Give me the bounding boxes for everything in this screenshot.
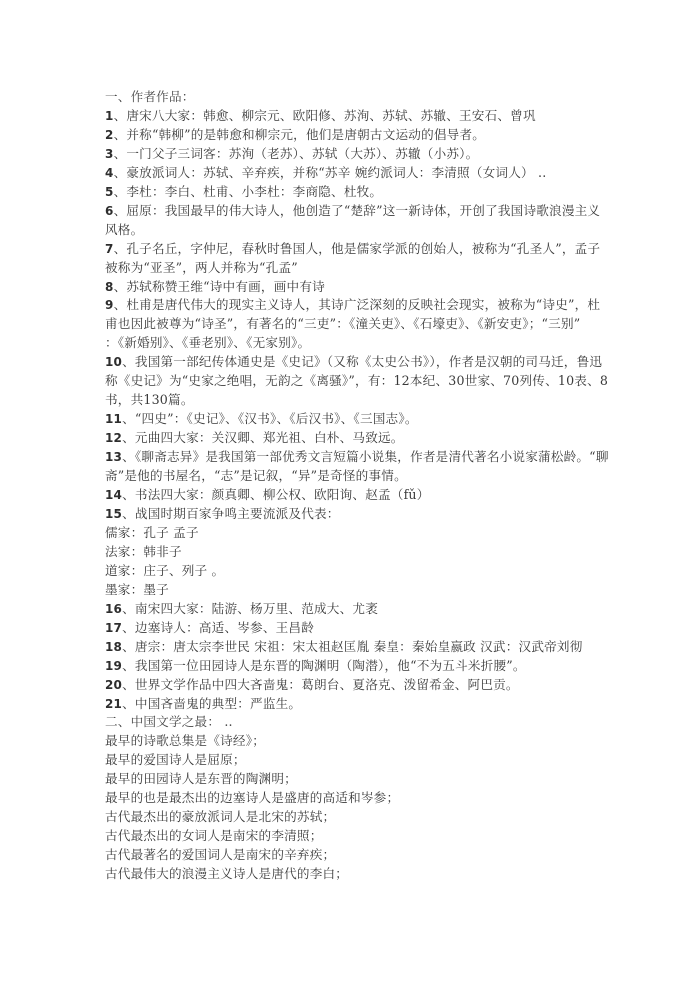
- item-number: 14: [105, 488, 122, 502]
- list-item-line: 21、中国吝啬鬼的典型：严监生。: [105, 695, 595, 714]
- list-item-line: 16、南宋四大家：陆游、杨万里、范成大、尤袤: [105, 600, 595, 619]
- item-number: 21: [105, 697, 122, 711]
- list-item-line: ：《新婚别》、《垂老别》、《无家别》。: [105, 334, 595, 353]
- item-text: 书，共130篇。: [105, 392, 194, 407]
- list-item-line: 风格。: [105, 221, 595, 240]
- item-text: 、李杜：李白、杜甫、小李杜：李商隐、杜牧。: [114, 184, 383, 199]
- item-number: 11: [105, 412, 122, 426]
- item-text: 风格。: [105, 222, 143, 237]
- item-text: 、一门父子三词客：苏洵（老苏）、苏轼（大苏）、苏辙（小苏）。: [114, 146, 479, 161]
- item-text: ：《新婚别》、《垂老别》、《无家别》。: [105, 335, 310, 350]
- school-line: 儒家：孔子 孟子: [105, 524, 595, 543]
- list-item-line: 甫也因此被尊为“诗圣”，有著名的“三吏”：《潼关吏》、《石壕吏》、《新安吏》；“…: [105, 315, 595, 334]
- item-text: 、世界文学作品中四大吝啬鬼：葛朗台、夏洛克、泼留希金、阿巴贡。: [122, 677, 519, 692]
- item-number: 10: [105, 355, 122, 369]
- list-item-line: 称《史记》为“史家之绝唱，无韵之《离骚》”，有：12本纪、30世家、70列传、1…: [105, 372, 595, 391]
- list-item-line: 20、世界文学作品中四大吝啬鬼：葛朗台、夏洛克、泼留希金、阿巴贡。: [105, 676, 595, 695]
- school-line: 墨家：墨子: [105, 581, 595, 600]
- item-text: 、屈原：我国最早的伟大诗人，他创造了“楚辞”这一新诗体，开创了我国诗歌浪漫主义: [114, 203, 601, 218]
- list-item-line: 6、屈原：我国最早的伟大诗人，他创造了“楚辞”这一新诗体，开创了我国诗歌浪漫主义: [105, 202, 595, 221]
- item-text: 、书法四大家：颜真卿、柳公权、欧阳询、赵孟（fǔ）: [122, 487, 429, 502]
- item-text: 、唐宗：唐太宗李世民 宋祖：宋太祖赵匡胤 秦皇：秦始皇嬴政 汉武：汉武帝刘彻: [122, 639, 582, 654]
- item-text: 、战国时期百家争鸣主要流派及代表：: [122, 506, 340, 521]
- list-item-line: 被称为“亚圣”，两人并称为“孔孟”: [105, 259, 595, 278]
- item-text: 、元曲四大家：关汉卿、郑光祖、白朴、马致远。: [122, 430, 403, 445]
- section-title-authors-works: 一、作者作品：: [105, 88, 595, 107]
- item-number: 5: [105, 185, 114, 199]
- item-text: 称《史记》为“史家之绝唱，无韵之《离骚》”，有：12本纪、30世家、70列传、1…: [105, 373, 608, 388]
- item-text: 、唐宋八大家：韩愈、柳宗元、欧阳修、苏洵、苏轼、苏辙、王安石、曾巩: [114, 108, 536, 123]
- item-number: 18: [105, 640, 122, 654]
- list-item-line: 2、并称“韩柳”的是韩愈和柳宗元，他们是唐朝古文运动的倡导者。: [105, 126, 595, 145]
- superlative-line: 最早的诗歌总集是《诗经》；: [105, 732, 595, 751]
- item-text: 、孔子名丘，字仲尼，春秋时鲁国人，他是儒家学派的创始人，被称为“孔圣人”，孟子: [114, 241, 601, 256]
- item-text: 、豪放派词人：苏轼、辛弃疾，并称“苏辛 婉约派词人：李清照（女词人） ..: [114, 165, 547, 180]
- numbered-list-part1: 1、唐宋八大家：韩愈、柳宗元、欧阳修、苏洵、苏轼、苏辙、王安石、曾巩2、并称“韩…: [105, 107, 595, 524]
- superlative-line: 古代最杰出的女词人是南宋的李清照；: [105, 827, 595, 846]
- document-page: 一、作者作品： 1、唐宋八大家：韩愈、柳宗元、欧阳修、苏洵、苏轼、苏辙、王安石、…: [105, 88, 595, 884]
- list-item-line: 14、书法四大家：颜真卿、柳公权、欧阳询、赵孟（fǔ）: [105, 486, 595, 505]
- item-text: 、并称“韩柳”的是韩愈和柳宗元，他们是唐朝古文运动的倡导者。: [114, 127, 486, 142]
- superlative-line: 古代最伟大的浪漫主义诗人是唐代的李白；: [105, 865, 595, 884]
- item-number: 12: [105, 431, 122, 445]
- superlative-line: 最早的爱国诗人是屈原；: [105, 751, 595, 770]
- item-text: 、《聊斋志异》是我国第一部优秀文言短篇小说集，作者是清代著名小说家蒲松龄。“聊: [122, 449, 609, 464]
- list-item-line: 斋”是他的书屋名，“志”是记叙，“异”是奇怪的事情。: [105, 467, 595, 486]
- school-line: 道家：庄子、列子 。: [105, 562, 595, 581]
- item-number: 1: [105, 109, 114, 123]
- item-number: 17: [105, 621, 122, 635]
- item-number: 6: [105, 204, 114, 218]
- list-item-line: 12、元曲四大家：关汉卿、郑光祖、白朴、马致远。: [105, 429, 595, 448]
- superlative-line: 古代最杰出的豪放派词人是北宋的苏轼；: [105, 808, 595, 827]
- list-item-line: 17、边塞诗人：高适、岑参、王昌龄: [105, 619, 595, 638]
- section-title-literature-superlatives: 二、中国文学之最： ..: [105, 713, 595, 732]
- list-item-line: 书，共130篇。: [105, 391, 595, 410]
- item-number: 9: [105, 298, 114, 312]
- list-item-line: 3、一门父子三词客：苏洵（老苏）、苏轼（大苏）、苏辙（小苏）。: [105, 145, 595, 164]
- item-number: 7: [105, 242, 114, 256]
- list-item-line: 1、唐宋八大家：韩愈、柳宗元、欧阳修、苏洵、苏轼、苏辙、王安石、曾巩: [105, 107, 595, 126]
- item-text: 斋”是他的书屋名，“志”是记叙，“异”是奇怪的事情。: [105, 468, 407, 483]
- item-text: 、边塞诗人：高适、岑参、王昌龄: [122, 620, 314, 635]
- list-item-line: 10、我国第一部纪传体通史是《史记》（又称《太史公书》），作者是汉朝的司马迁，鲁…: [105, 353, 595, 372]
- superlative-line: 最早的田园诗人是东晋的陶渊明；: [105, 770, 595, 789]
- item-number: 3: [105, 147, 114, 161]
- item-number: 20: [105, 678, 122, 692]
- item-text: 、苏轼称赞王维“诗中有画，画中有诗: [114, 279, 325, 294]
- item-text: 、我国第一位田园诗人是东晋的陶渊明（陶潜），他“不为五斗米折腰”。: [122, 658, 526, 673]
- list-item-line: 8、苏轼称赞王维“诗中有画，画中有诗: [105, 278, 595, 297]
- item-number: 19: [105, 659, 122, 673]
- superlatives-list: 最早的诗歌总集是《诗经》；最早的爱国诗人是屈原；最早的田园诗人是东晋的陶渊明；最…: [105, 732, 595, 884]
- item-number: 16: [105, 602, 122, 616]
- list-item-line: 4、豪放派词人：苏轼、辛弃疾，并称“苏辛 婉约派词人：李清照（女词人） ..: [105, 164, 595, 183]
- list-item-line: 11、“四史”：《史记》、《汉书》、《后汉书》、《三国志》。: [105, 410, 595, 429]
- item-number: 2: [105, 128, 114, 142]
- list-item-line: 18、唐宗：唐太宗李世民 宋祖：宋太祖赵匡胤 秦皇：秦始皇嬴政 汉武：汉武帝刘彻: [105, 638, 595, 657]
- numbered-list-part2: 16、南宋四大家：陆游、杨万里、范成大、尤袤17、边塞诗人：高适、岑参、王昌龄1…: [105, 600, 595, 714]
- school-line: 法家：韩非子: [105, 543, 595, 562]
- item-number: 4: [105, 166, 114, 180]
- list-item-line: 13、《聊斋志异》是我国第一部优秀文言短篇小说集，作者是清代著名小说家蒲松龄。“…: [105, 448, 595, 467]
- superlative-line: 古代最著名的爱国词人是南宋的辛弃疾；: [105, 846, 595, 865]
- item-text: 、“四史”：《史记》、《汉书》、《后汉书》、《三国志》。: [122, 411, 418, 426]
- list-item-line: 19、我国第一位田园诗人是东晋的陶渊明（陶潜），他“不为五斗米折腰”。: [105, 657, 595, 676]
- item-text: 甫也因此被尊为“诗圣”，有著名的“三吏”：《潼关吏》、《石壕吏》、《新安吏》；“…: [105, 316, 580, 331]
- item-number: 8: [105, 280, 114, 294]
- list-item-line: 5、李杜：李白、杜甫、小李杜：李商隐、杜牧。: [105, 183, 595, 202]
- list-item-line: 9、杜甫是唐代伟大的现实主义诗人，其诗广泛深刻的反映社会现实，被称为“诗史”，杜: [105, 296, 595, 315]
- item-text: 、南宋四大家：陆游、杨万里、范成大、尤袤: [122, 601, 378, 616]
- item-text: 被称为“亚圣”，两人并称为“孔孟”: [105, 260, 298, 275]
- schools-list: 儒家：孔子 孟子法家：韩非子道家：庄子、列子 。墨家：墨子: [105, 524, 595, 600]
- item-text: 、中国吝啬鬼的典型：严监生。: [122, 696, 301, 711]
- item-number: 13: [105, 450, 122, 464]
- item-text: 、杜甫是唐代伟大的现实主义诗人，其诗广泛深刻的反映社会现实，被称为“诗史”，杜: [114, 297, 601, 312]
- item-number: 15: [105, 507, 122, 521]
- superlative-line: 最早的也是最杰出的边塞诗人是盛唐的高适和岑参；: [105, 789, 595, 808]
- list-item-line: 7、孔子名丘，字仲尼，春秋时鲁国人，他是儒家学派的创始人，被称为“孔圣人”，孟子: [105, 240, 595, 259]
- list-item-line: 15、战国时期百家争鸣主要流派及代表：: [105, 505, 595, 524]
- item-text: 、我国第一部纪传体通史是《史记》（又称《太史公书》），作者是汉朝的司马迁，鲁迅: [122, 354, 602, 369]
